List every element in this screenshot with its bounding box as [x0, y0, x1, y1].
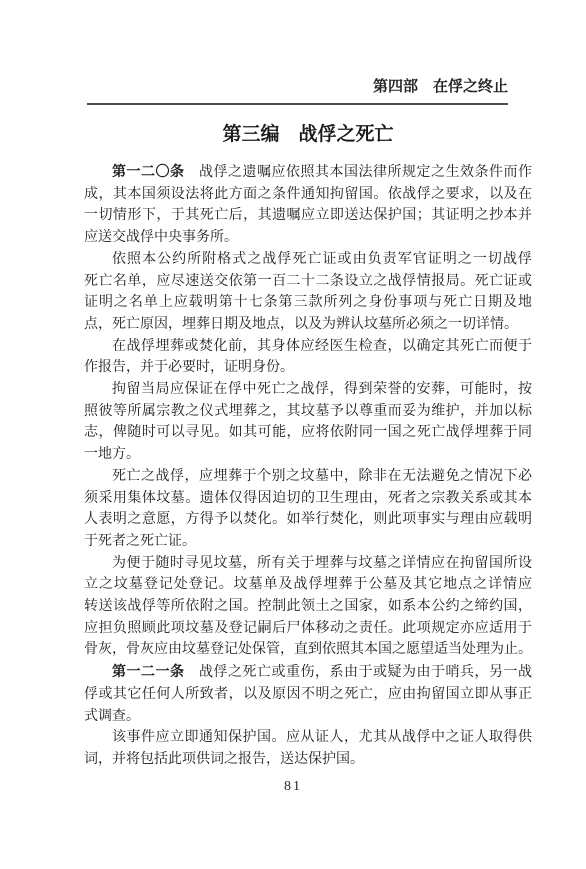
text-run: 应送交战俘中央事务所。 [84, 230, 238, 245]
text-run: 为便于随时寻见坟墓，所有关于埋葬与坟墓之详情应在拘留国所设 [112, 556, 532, 571]
text-line: 拘留当局应保证在俘中死亡之战俘，得到荣誉的安葬，可能时，按 [84, 379, 532, 401]
text-line: 死亡名单，应尽速送交依第一百二十二条设立之战俘情报局。死亡证或 [84, 271, 532, 293]
text-line: 第一二〇条 战俘之遗嘱应依照其本国法律所规定之生效条件而作 [84, 161, 532, 184]
text-line: 式调查。 [84, 706, 532, 728]
text-run: 志，俾随时可以寻见。如其可能，应将依附同一国之死亡战俘埋葬于同 [84, 425, 532, 440]
text-line: 照彼等所属宗教之仪式埋葬之，其坟墓予以尊重而妥为维护，并加以标 [84, 401, 532, 423]
text-line: 人表明之意愿，方得予以焚化。如举行焚化，则此项事实与理由应载明 [84, 509, 532, 531]
text-line: 骨灰，骨灰应由坟墓登记处保管，直到依照其本国之愿望适当处理为止。 [84, 639, 532, 661]
text-line: 立之坟墓登记处登记。坟墓单及战俘埋葬于公墓及其它地点之详情应 [84, 574, 532, 596]
text-run: 立之坟墓登记处登记。坟墓单及战俘埋葬于公墓及其它地点之详情应 [84, 577, 532, 592]
text-run: 词，并将包括此项供词之报告，送达保护国。 [84, 752, 364, 767]
text-line: 转送该战俘等所依附之国。控制此领土之国家，如系本公约之缔约国， [84, 596, 532, 618]
running-head: 第四部 在俘之终止 [87, 78, 508, 105]
text-line: 成，其本国须设法将此方面之条件通知拘留国。依战俘之要求，以及在 [84, 184, 532, 206]
text-run: 于死者之死亡证。 [84, 534, 196, 549]
article-number: 第一二〇条 [112, 163, 185, 179]
document-body: 第一二〇条 战俘之遗嘱应依照其本国法律所规定之生效条件而作成，其本国须设法将此方… [84, 161, 532, 771]
text-run: 俘或其它任何人所致者，以及原因不明之死亡，应由拘留国立即从事正 [84, 687, 532, 702]
text-line: 一地方。 [84, 444, 532, 466]
section-title: 第三编 战俘之死亡 [84, 122, 532, 147]
text-run: 一切情形下，于其死亡后，其遗嘱应立即送达保护国；其证明之抄本并 [84, 208, 532, 223]
page-number: 81 [0, 779, 586, 795]
text-line: 词，并将包括此项供词之报告，送达保护国。 [84, 749, 532, 771]
text-run: 点，死亡原因，埋葬日期及地点，以及为辨认坟墓所必须之一切详情。 [84, 317, 518, 332]
text-line: 志，俾随时可以寻见。如其可能，应将依附同一国之死亡战俘埋葬于同 [84, 422, 532, 444]
text-run: 死亡之战俘，应埋葬于个别之坟墓中，除非在无法避免之情况下必 [112, 469, 532, 484]
text-line: 一切情形下，于其死亡后，其遗嘱应立即送达保护国；其证明之抄本并 [84, 205, 532, 227]
text-line: 该事件应立即通知保护国。应从证人，尤其从战俘中之证人取得供 [84, 727, 532, 749]
text-line: 第一二一条 战俘之死亡或重伤，系由于或疑为由于哨兵，另一战 [84, 661, 532, 684]
text-run: 一地方。 [84, 447, 140, 462]
text-line: 应担负照顾此项坟墓及登记嗣后尸体移动之责任。此项规定亦应适用于 [84, 618, 532, 640]
text-run: 须采用集体坟墓。遗体仅得因迫切的卫生理由，死者之宗教关系或其本 [84, 491, 532, 506]
text-run: 作报告，并于必要时，证明身份。 [84, 360, 294, 375]
article-number: 第一二一条 [112, 663, 185, 679]
text-run: 转送该战俘等所依附之国。控制此领土之国家，如系本公约之缔约国， [84, 599, 532, 614]
text-line: 依照本公约所附格式之战俘死亡证或由负责军官证明之一切战俘 [84, 249, 532, 271]
text-line: 须采用集体坟墓。遗体仅得因迫切的卫生理由，死者之宗教关系或其本 [84, 488, 532, 510]
text-run: 该事件应立即通知保护国。应从证人，尤其从战俘中之证人取得供 [112, 730, 532, 745]
text-line: 应送交战俘中央事务所。 [84, 227, 532, 249]
text-run: 死亡名单，应尽速送交依第一百二十二条设立之战俘情报局。死亡证或 [84, 274, 532, 289]
text-run: 战俘之死亡或重伤，系由于或疑为由于哨兵，另一战 [185, 665, 533, 680]
text-run: 在战俘埋葬或焚化前，其身体应经医生检查，以确定其死亡而便于 [112, 339, 532, 354]
text-line: 于死者之死亡证。 [84, 531, 532, 553]
text-line: 俘或其它任何人所致者，以及原因不明之死亡，应由拘留国立即从事正 [84, 684, 532, 706]
scanned-book-page: 第四部 在俘之终止 第三编 战俘之死亡 第一二〇条 战俘之遗嘱应依照其本国法律所… [0, 0, 586, 869]
text-run: 证明之名单上应载明第十七条第三款所列之身份事项与死亡日期及地 [84, 295, 532, 310]
text-run: 照彼等所属宗教之仪式埋葬之，其坟墓予以尊重而妥为维护，并加以标 [84, 404, 532, 419]
text-run: 成，其本国须设法将此方面之条件通知拘留国。依战俘之要求，以及在 [84, 187, 532, 202]
text-run: 骨灰，骨灰应由坟墓登记处保管，直到依照其本国之愿望适当处理为止。 [84, 642, 532, 657]
text-line: 证明之名单上应载明第十七条第三款所列之身份事项与死亡日期及地 [84, 292, 532, 314]
text-run: 人表明之意愿，方得予以焚化。如举行焚化，则此项事实与理由应载明 [84, 512, 532, 527]
text-line: 作报告，并于必要时，证明身份。 [84, 357, 532, 379]
text-run: 应担负照顾此项坟墓及登记嗣后尸体移动之责任。此项规定亦应适用于 [84, 621, 532, 636]
text-line: 为便于随时寻见坟墓，所有关于埋葬与坟墓之详情应在拘留国所设 [84, 553, 532, 575]
text-run: 战俘之遗嘱应依照其本国法律所规定之生效条件而作 [185, 165, 533, 180]
text-line: 点，死亡原因，埋葬日期及地点，以及为辨认坟墓所必须之一切详情。 [84, 314, 532, 336]
text-line: 死亡之战俘，应埋葬于个别之坟墓中，除非在无法避免之情况下必 [84, 466, 532, 488]
text-run: 依照本公约所附格式之战俘死亡证或由负责军官证明之一切战俘 [112, 252, 532, 267]
text-line: 在战俘埋葬或焚化前，其身体应经医生检查，以确定其死亡而便于 [84, 336, 532, 358]
text-run: 拘留当局应保证在俘中死亡之战俘，得到荣誉的安葬，可能时，按 [112, 382, 532, 397]
text-run: 式调查。 [84, 709, 140, 724]
